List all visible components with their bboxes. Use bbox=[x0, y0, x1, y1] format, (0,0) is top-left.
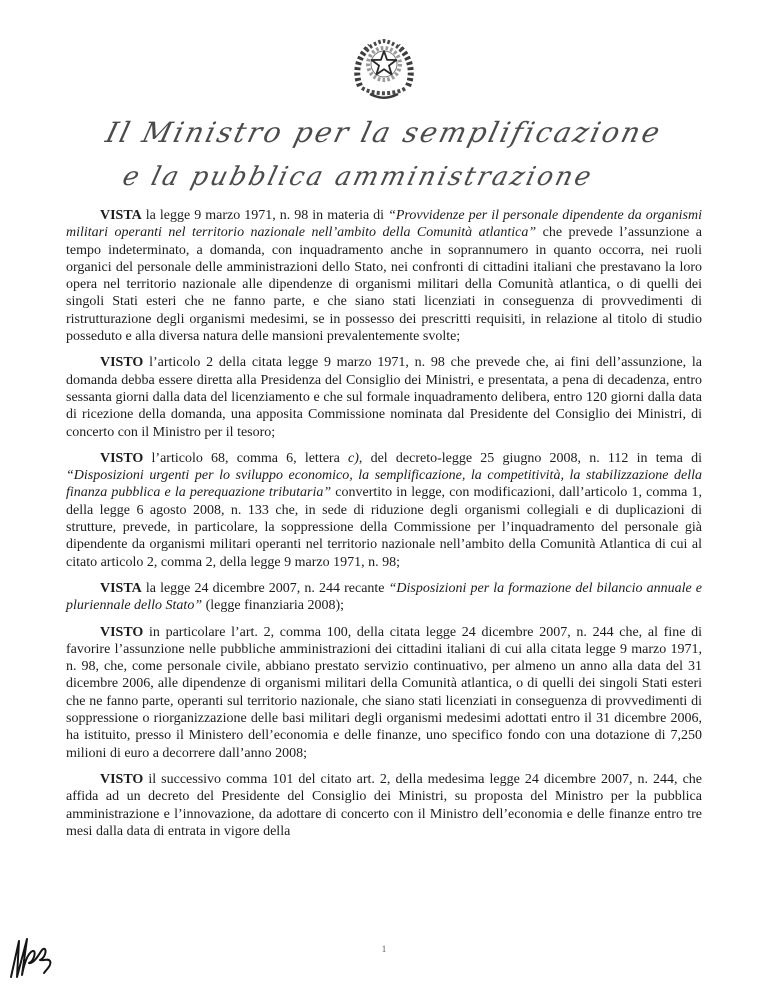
text-segment: (legge finanziaria 2008); bbox=[202, 598, 344, 613]
text-segment: VISTO bbox=[100, 355, 143, 370]
text-segment: la legge 24 dicembre 2007, n. 244 recant… bbox=[142, 581, 389, 596]
decree-body: VISTA la legge 9 marzo 1971, n. 98 in ma… bbox=[66, 207, 702, 849]
title-line-1: Il Ministro per la semplificazione bbox=[0, 116, 768, 149]
handwritten-signature-icon bbox=[6, 927, 60, 988]
paragraph: VISTO l’articolo 2 della citata legge 9 … bbox=[66, 354, 702, 440]
text-segment: l’articolo 2 della citata legge 9 marzo … bbox=[66, 355, 702, 439]
text-segment: che prevede l’assunzione a tempo indeter… bbox=[66, 225, 702, 344]
text-segment: l’articolo 68, comma 6, lettera bbox=[143, 451, 348, 466]
text-segment: VISTO bbox=[100, 625, 143, 640]
paragraph: VISTA la legge 24 dicembre 2007, n. 244 … bbox=[66, 580, 702, 615]
title-line-2: e la pubblica amministrazione bbox=[0, 162, 746, 192]
paragraph: VISTO il successivo comma 101 del citato… bbox=[66, 771, 702, 840]
text-segment: VISTA bbox=[100, 208, 142, 223]
document-page: Il Ministro per la semplificazione e la … bbox=[0, 0, 768, 994]
ministry-title: Il Ministro per la semplificazione e la … bbox=[0, 116, 768, 192]
text-segment: VISTO bbox=[100, 451, 143, 466]
text-segment: VISTA bbox=[100, 581, 142, 596]
text-segment: c) bbox=[348, 451, 359, 466]
paragraph: VISTA la legge 9 marzo 1971, n. 98 in ma… bbox=[66, 207, 702, 345]
paragraph: VISTO in particolare l’art. 2, comma 100… bbox=[66, 624, 702, 762]
page-number: 1 bbox=[0, 944, 768, 954]
text-segment: , del decreto-legge 25 giugno 2008, n. 1… bbox=[359, 451, 702, 466]
text-segment: in particolare l’art. 2, comma 100, dell… bbox=[66, 625, 702, 761]
italian-republic-emblem-icon bbox=[346, 34, 422, 109]
text-segment: il successivo comma 101 del citato art. … bbox=[66, 772, 702, 839]
text-segment: la legge 9 marzo 1971, n. 98 in materia … bbox=[142, 208, 388, 223]
text-segment: VISTO bbox=[100, 772, 143, 787]
paragraph: VISTO l’articolo 68, comma 6, lettera c)… bbox=[66, 450, 702, 571]
